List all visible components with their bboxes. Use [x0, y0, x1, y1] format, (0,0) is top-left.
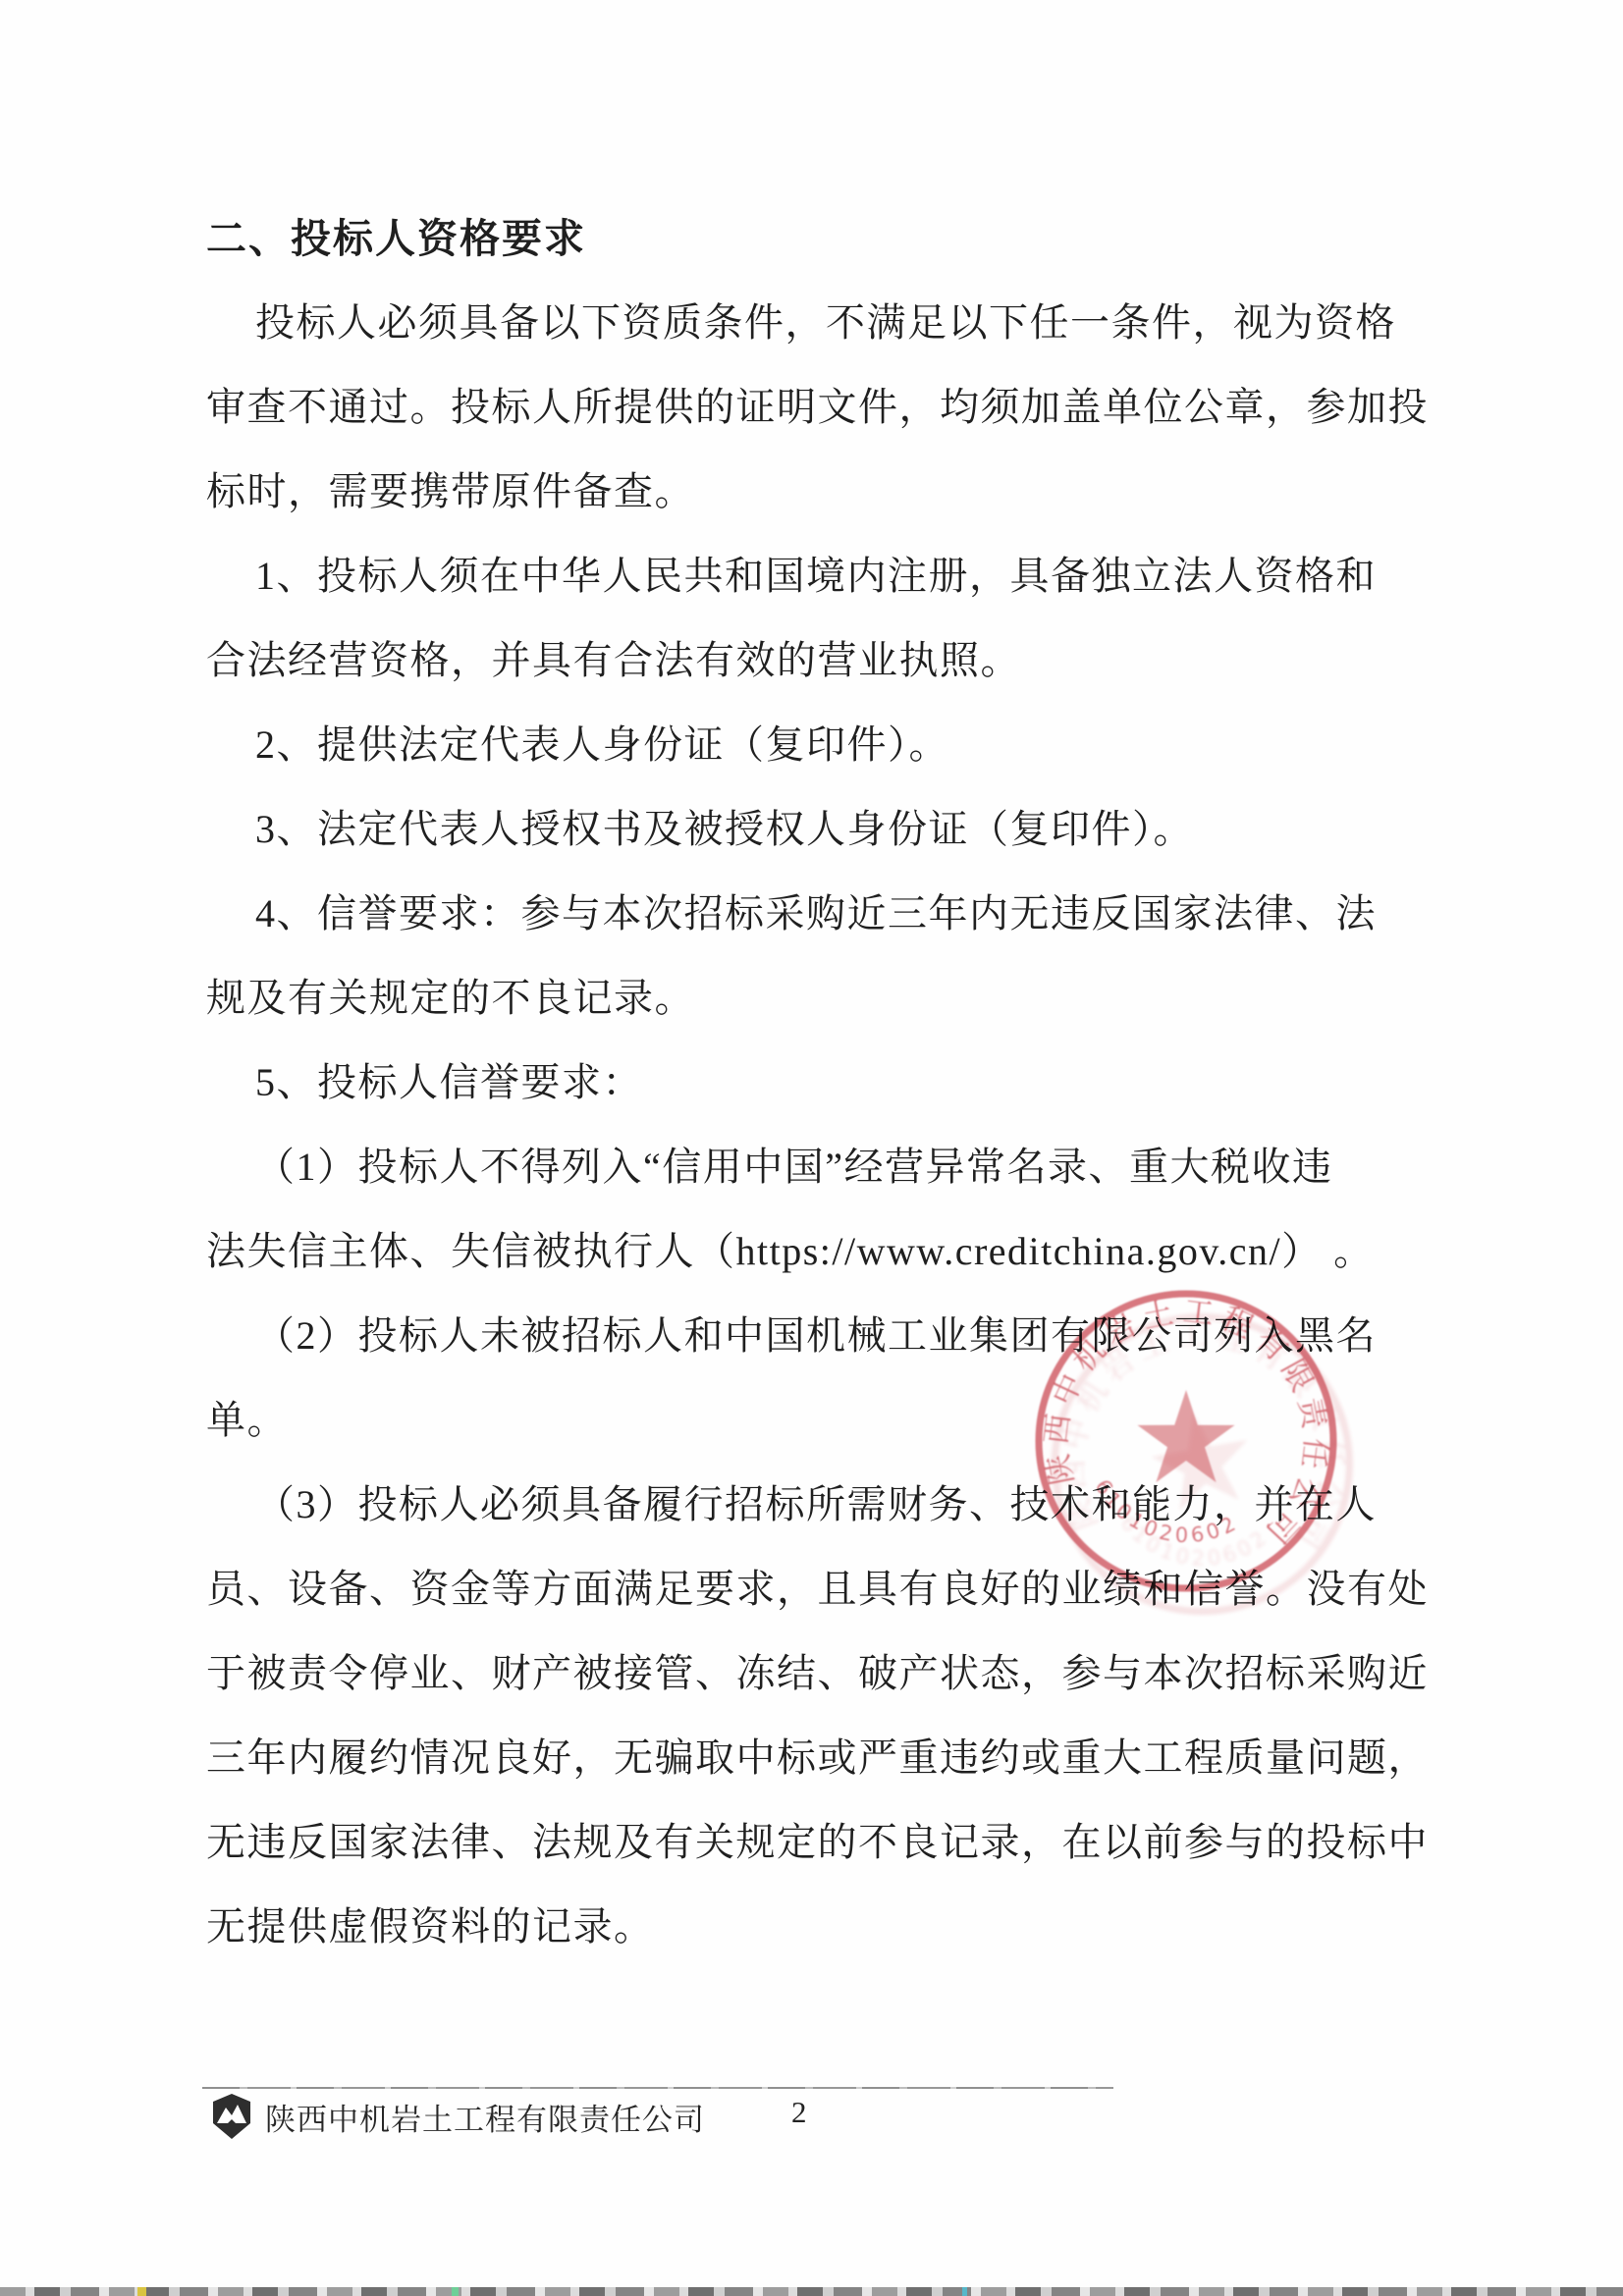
text-line: 三年内履约情况良好，无骗取中标或严重违约或重大工程质量问题， [206, 1712, 1439, 1796]
company-seal-stamp: 陕西中机岩土工程有限责任公司 6101020602 [1006, 1261, 1366, 1621]
text-line: 1、投标人须在中华人民共和国境内注册，具备独立法人资格和 [206, 530, 1439, 614]
scan-noise-strip [0, 2287, 1623, 2296]
text-line: 投标人必须具备以下资质条件，不满足以下任一条件，视为资格 [206, 277, 1439, 361]
text-line: （1）投标人不得列入“信用中国”经营异常名录、重大税收违 [206, 1121, 1439, 1205]
text-line: 审查不通过。投标人所提供的证明文件，均须加盖单位公章，参加投 [206, 361, 1439, 446]
text-line: 标时，需要携带原件备查。 [206, 446, 1439, 530]
text-line: 规及有关规定的不良记录。 [206, 952, 1439, 1037]
text-line: 3、法定代表人授权书及被授权人身份证（复印件）。 [206, 783, 1439, 868]
company-logo-icon [210, 2093, 253, 2140]
text-line: 5、投标人信誉要求： [206, 1037, 1439, 1121]
scanned-document-page: 二、投标人资格要求 投标人必须具备以下资质条件，不满足以下任一条件，视为资格审查… [0, 0, 1623, 2296]
text-line: 合法经营资格，并具有合法有效的营业执照。 [206, 614, 1439, 699]
section-heading: 二、投标人资格要求 [206, 192, 1439, 277]
footer: 陕西中机岩土工程有限责任公司 [210, 2091, 705, 2142]
footer-divider [202, 2087, 1113, 2089]
text-line: 4、信誉要求：参与本次招标采购近三年内无违反国家法律、法 [206, 868, 1439, 952]
text-line: 2、提供法定代表人身份证（复印件）。 [206, 699, 1439, 783]
footer-company-name: 陕西中机岩土工程有限责任公司 [265, 2095, 705, 2139]
text-line: 无提供虚假资料的记录。 [206, 1881, 1439, 1965]
text-line: 于被责令停业、财产被接管、冻结、破产状态，参与本次招标采购近 [206, 1628, 1439, 1712]
text-line: 无违反国家法律、法规及有关规定的不良记录，在以前参与的投标中 [206, 1796, 1439, 1881]
document-body: 二、投标人资格要求 投标人必须具备以下资质条件，不满足以下任一条件，视为资格审查… [206, 192, 1439, 1965]
page-number: 2 [791, 2095, 807, 2130]
